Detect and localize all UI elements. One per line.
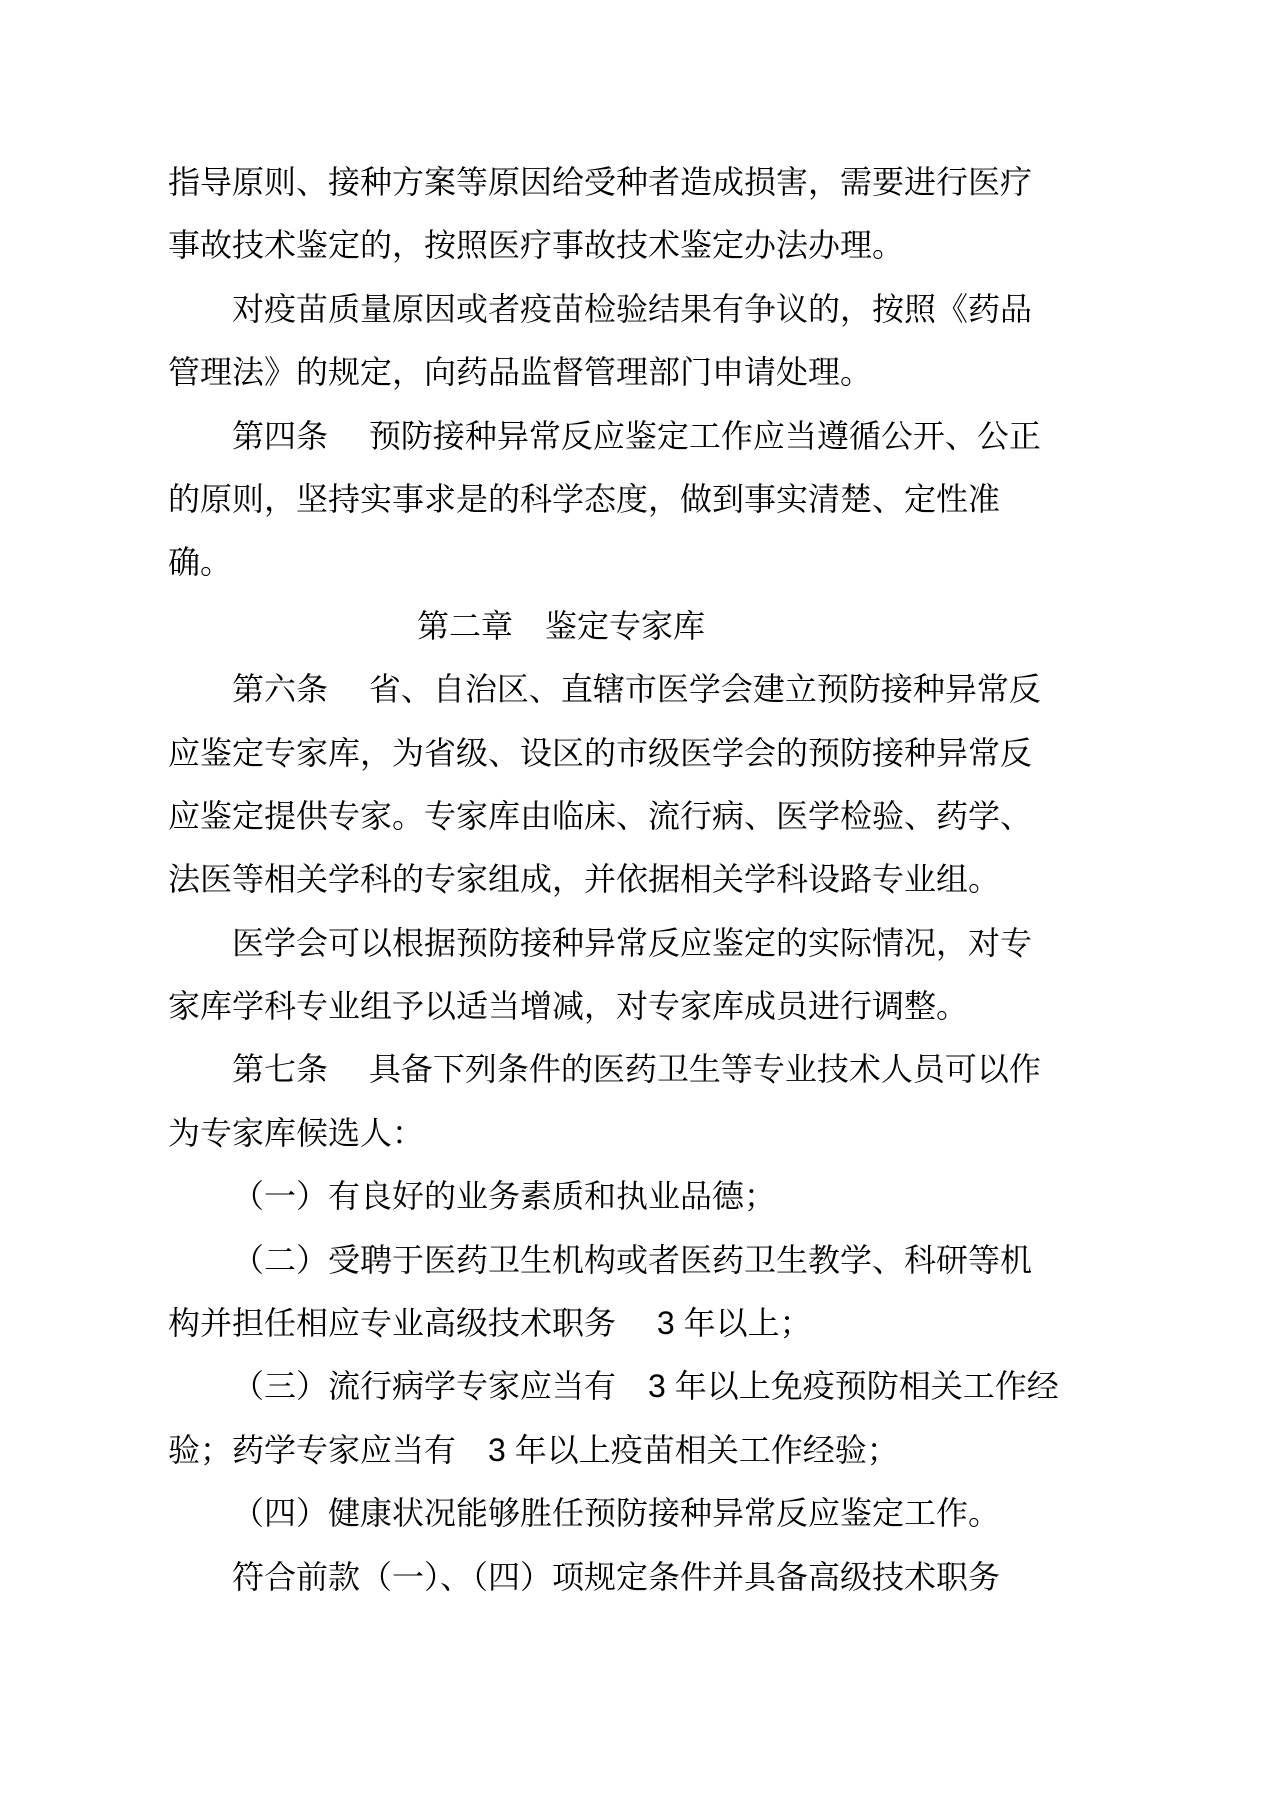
text-line: 指导原则、接种方案等原因给受种者造成损害，需要进行医疗 <box>168 151 1074 214</box>
text-line: 验；药学专家应当有 3 年以上疫苗相关工作经验； <box>168 1419 1074 1482</box>
list-item-2: （二）受聘于医药卫生机构或者医药卫生教学、科研等机 <box>168 1229 1074 1292</box>
chapter-2-heading: 第二章 鉴定专家库 <box>108 595 1014 658</box>
text-line: 管理法》的规定，向药品监督管理部门申请处理。 <box>168 341 1074 404</box>
text-line: 家库学科专业组予以适当增减，对专家库成员进行调整。 <box>168 975 1074 1038</box>
text-line: 的原则，坚持实事求是的科学态度，做到事实清楚、定性准 <box>168 468 1074 531</box>
document-body: 指导原则、接种方案等原因给受种者造成损害，需要进行医疗 事故技术鉴定的，按照医疗… <box>168 151 1074 1609</box>
text-line: 符合前款（一）、（四）项规定条件并具备高级技术职务 <box>168 1546 1074 1609</box>
text-line: 为专家库候选人： <box>168 1102 1074 1165</box>
text-line: 构并担任相应专业高级技术职务 3 年以上； <box>168 1292 1074 1355</box>
list-item-3: （三）流行病学专家应当有 3 年以上免疫预防相关工作经 <box>168 1355 1074 1418</box>
text-line: 医学会可以根据预防接种异常反应鉴定的实际情况，对专 <box>168 912 1074 975</box>
list-item-1: （一）有良好的业务素质和执业品德； <box>168 1165 1074 1228</box>
document-page: 指导原则、接种方案等原因给受种者造成损害，需要进行医疗 事故技术鉴定的，按照医疗… <box>0 0 1274 1803</box>
text-line: 法医等相关学科的专家组成，并依据相关学科设路专业组。 <box>168 848 1074 911</box>
article-7-line: 第七条 具备下列条件的医药卫生等专业技术人员可以作 <box>168 1038 1074 1101</box>
article-4-line: 第四条 预防接种异常反应鉴定工作应当遵循公开、公正 <box>168 405 1074 468</box>
text-line: 应鉴定提供专家。专家库由临床、流行病、医学检验、药学、 <box>168 785 1074 848</box>
article-6-line: 第六条 省、自治区、直辖市医学会建立预防接种异常反 <box>168 658 1074 721</box>
text-line: 确。 <box>168 531 1074 594</box>
text-line: 对疫苗质量原因或者疫苗检验结果有争议的，按照《药品 <box>168 278 1074 341</box>
text-line: 事故技术鉴定的，按照医疗事故技术鉴定办法办理。 <box>168 214 1074 277</box>
text-line: 应鉴定专家库，为省级、设区的市级医学会的预防接种异常反 <box>168 722 1074 785</box>
list-item-4: （四）健康状况能够胜任预防接种异常反应鉴定工作。 <box>168 1482 1074 1545</box>
